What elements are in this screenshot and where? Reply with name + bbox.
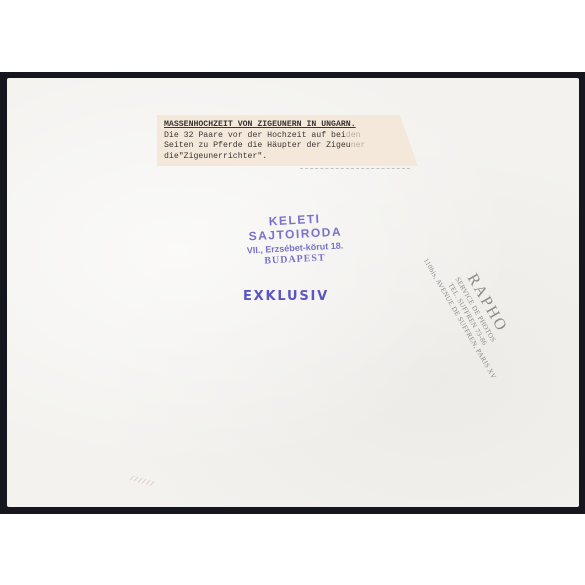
caption-line-1: Die 32 Paare vor der Hochzeit auf beiden: [164, 131, 414, 142]
caption-label: MASSENHOCHZEIT VON ZIGEUNERN IN UNGARN.D…: [164, 120, 414, 162]
caption-line-3: die"Zigeunerrichter".: [164, 152, 414, 163]
keleti-sajtoiroda-stamp: KELETI SAJTOIRODA VII., Erzsébet-körut 1…: [225, 213, 365, 265]
caption-line-2: Seiten zu Pferde die Häupter der Zigeune…: [164, 141, 414, 152]
rapho-stamp: RAPHO SERVICE DE PHOTOS TEL. SUFFREN 73-…: [420, 250, 530, 370]
stamp-agency-name: KELETI SAJTOIRODA: [224, 209, 365, 244]
exklusiv-stamp: EXKLUSIV: [243, 289, 329, 304]
caption-strip-residue: [300, 168, 410, 171]
caption-headline: MASSENHOCHZEIT VON ZIGEUNERN IN UNGARN.: [164, 120, 414, 131]
rapho-stamp-service: SERVICE DE PHOTOS: [429, 234, 522, 386]
